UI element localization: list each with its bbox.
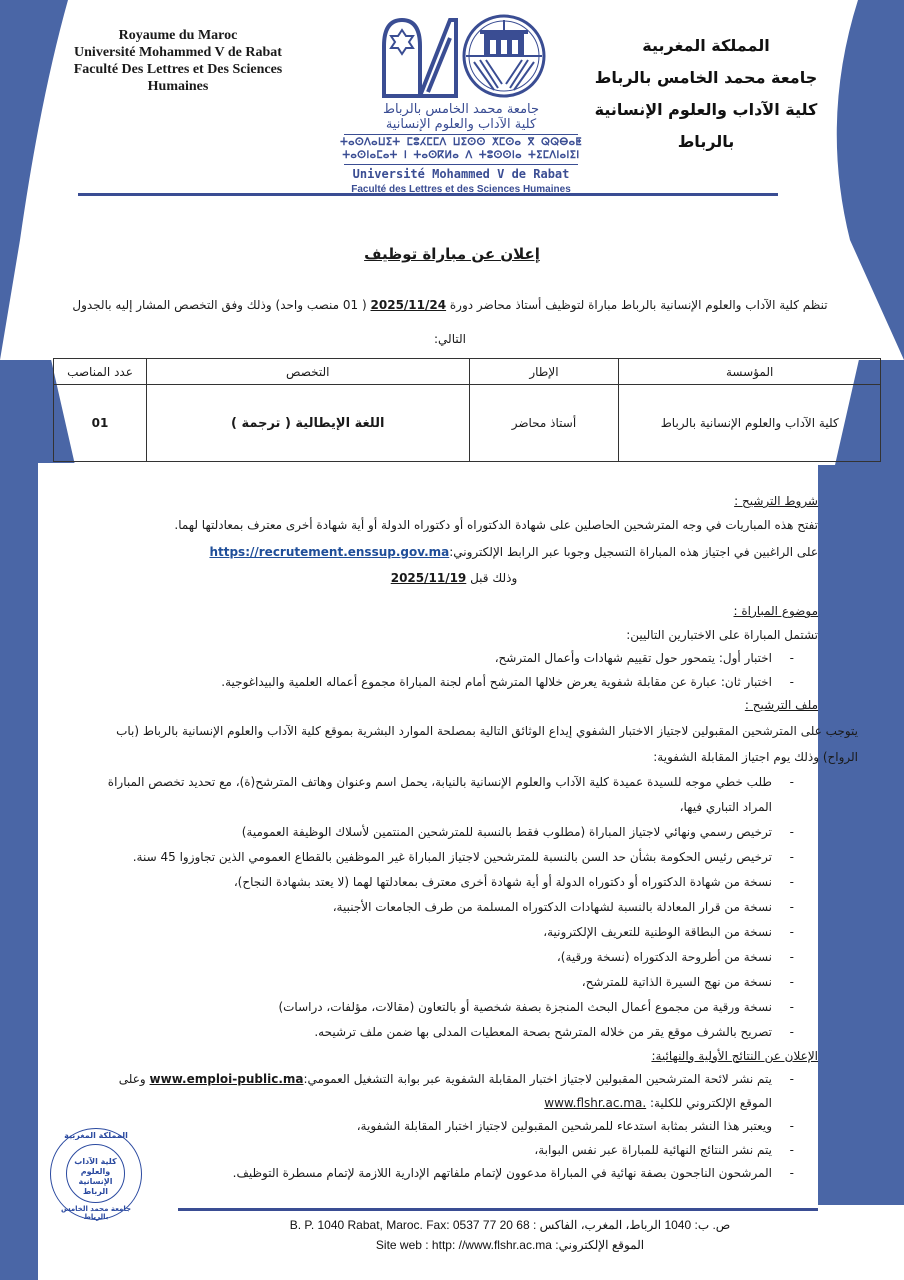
header-french: Royaume du Maroc Université Mohammed V d… [58,27,298,95]
cell-specialty: اللغة الإيطالية ( ترجمة ) [146,385,469,462]
list-item: نسخة ورقية من مجموع أعمال البحث المنجزة … [90,995,790,1020]
col-header-institution: المؤسسة [619,359,881,385]
list-item: ويعتبر هذا النشر بمثابة استدعاء للمرشحين… [90,1115,790,1139]
cell-positions: 01 [54,385,147,462]
section-heading-subject: موضوع المباراة : [90,600,818,624]
cell-grade: أستاذ محاضر [469,385,619,462]
list-item: تصريح بالشرف موقع يقر من خلاله المترشح ب… [90,1020,790,1045]
header-fr-line: Faculté Des Lettres et Des Sciences [58,61,298,78]
logo-ar-line: جامعة محمد الخامس بالرباط [336,102,586,117]
announcement-body: شروط الترشيح : تفتح هذه المباريات في وجه… [90,490,818,1186]
deadline-line: وذلك قبل 2025/11/19 [90,567,818,591]
faculty-site-link[interactable]: www.flshr.ac.ma. [544,1096,646,1110]
list-item: يتم نشر لائحة المترشحين المقبولين لاجتيا… [90,1068,790,1115]
list-item: اختبار ثان: عبارة عن مقابلة شفوية يعرض خ… [90,671,790,695]
section-heading-file: ملف الترشيح : [90,694,818,718]
section-heading-conditions: شروط الترشيح : [90,490,818,514]
file-intro: يتوجب على المترشحين المقبولين لاجتياز ال… [90,718,858,770]
intro-text: تنظم كلية الآداب والعلوم الإنسانية بالرب… [446,298,828,312]
header-ar-line: المملكة المغربية [576,30,836,62]
logo-arabic-text: جامعة محمد الخامس بالرباط كلية الآداب وا… [336,102,586,132]
table-row: كلية الآداب والعلوم الإنسانية بالرباط أس… [54,385,881,462]
list-item: ترخيص رئيس الحكومة بشأن حد السن بالنسبة … [90,845,790,870]
list-item: المرشحون الناجحون بصفة نهائية في المبارا… [90,1162,790,1186]
list-item: نسخة من شهادة الدكتوراه أو دكتوراه الدول… [90,870,790,895]
footer: B. P. 1040 Rabat, Maroc. Fax: 0537 77 20… [200,1215,820,1255]
logo-tif-line: ⵜⴰⵙⴷⴰⵡⵉⵜ ⵎⵓⵃⵎⵎⴷ ⵡⵉⵙⵙ ⵅⵎⵙⴰ ⴳ ⵕⵕⴱⴰⵟ [336,136,586,149]
list-item: نسخة من أطروحة الدكتوراه (نسخة ورقية)، [90,945,790,970]
col-header-specialty: التخصص [146,359,469,385]
list-item: نسخة من نهج السيرة الذاتية للمترشح، [90,970,790,995]
footer-divider [178,1208,818,1211]
official-stamp: المملكة المغربية كلية الآداب والعلوم الإ… [50,1128,142,1220]
col-header-positions: عدد المناصب [54,359,147,385]
subject-intro: تشتمل المباراة على الاختبارين التاليين: [90,624,818,648]
logo-university-name: Université Mohammed V de Rabat [336,167,586,181]
conditions-text: تفتح هذه المباريات في وجه المترشحين الحا… [90,514,818,538]
registration-link[interactable]: https://recrutement.enssup.gov.ma [209,545,449,559]
file-documents-list: طلب خطي موجه للسيدة عميدة كلية الآداب وا… [90,770,818,1045]
stamp-center-text: كلية الآداب والعلوم الإنسانية الرباط [66,1144,125,1203]
logo-divider [344,164,578,165]
registration-line: على الراغبين في اجتياز هذه المباراة التس… [90,541,818,565]
intro-paragraph: تنظم كلية الآداب والعلوم الإنسانية بالرب… [70,288,830,356]
results-list: يتم نشر لائحة المترشحين المقبولين لاجتيا… [90,1068,818,1186]
list-item: نسخة من قرار المعادلة بالنسبة لشهادات ال… [90,895,790,920]
deadline-date: 2025/11/19 [391,571,467,585]
footer-address: B. P. 1040 Rabat, Maroc. Fax: 0537 77 20… [200,1215,820,1235]
deadline-text: وذلك قبل [466,571,517,585]
logo-emblem-icon [376,12,546,100]
list-item: نسخة من البطاقة الوطنية للتعريف الإلكترو… [90,920,790,945]
subject-list: اختبار أول: يتمحور حول تقييم شهادات وأعم… [90,647,818,694]
list-item: ترخيص رسمي ونهائي لاجتياز المباراة (مطلو… [90,820,790,845]
list-item: يتم نشر النتائج النهائية للمباراة عبر نف… [90,1139,790,1163]
logo-ar-line: كلية الآداب والعلوم الإنسانية [336,117,586,132]
stamp-top-text: المملكة المغربية [51,1131,141,1140]
list-item: اختبار أول: يتمحور حول تقييم شهادات وأعم… [90,647,790,671]
logo-tifinagh-text: ⵜⴰⵙⴷⴰⵡⵉⵜ ⵎⵓⵃⵎⵎⴷ ⵡⵉⵙⵙ ⵅⵎⵙⴰ ⴳ ⵕⵕⴱⴰⵟ ⵜⴰⵙⵏⴰⵎ… [336,136,586,162]
contest-date: 2025/11/24 [371,298,447,312]
header-arabic: المملكة المغربية جامعة محمد الخامس بالرب… [576,30,836,158]
list-item: طلب خطي موجه للسيدة عميدة كلية الآداب وا… [90,770,790,820]
footer-website: Site web : http: //www.flshr.ac.ma :المو… [200,1235,820,1255]
registration-text: على الراغبين في اجتياز هذه المباراة التس… [449,545,818,559]
header-ar-line: كلية الآداب والعلوم الإنسانية بالرباط [576,94,836,158]
header-fr-line: Université Mohammed V de Rabat [58,44,298,61]
results-text: يتم نشر لائحة المترشحين المقبولين لاجتيا… [304,1072,773,1086]
logo-divider [344,134,578,135]
header-ar-line: جامعة محمد الخامس بالرباط [576,62,836,94]
section-heading-results: الإعلان عن النتائج الأولية والنهائية: [90,1045,818,1069]
positions-table: المؤسسة الإطار التخصص عدد المناصب كلية ا… [53,358,881,462]
stamp-bottom-text: جامعة محمد الخامس بالرباط [51,1205,141,1221]
emploi-public-link[interactable]: www.emploi-public.ma [150,1072,304,1086]
cell-institution: كلية الآداب والعلوم الإنسانية بالرباط [619,385,881,462]
col-header-grade: الإطار [469,359,619,385]
table-header-row: المؤسسة الإطار التخصص عدد المناصب [54,359,881,385]
university-logo: جامعة محمد الخامس بالرباط كلية الآداب وا… [336,12,586,192]
header-fr-line: Humaines [58,78,298,95]
header-divider [78,193,778,196]
header-fr-line: Royaume du Maroc [58,27,298,44]
paper-corner [818,1205,904,1280]
logo-tif-line: ⵜⴰⵙⵏⴰⵎⴰⵜ ⵏ ⵜⴰⵙⴽⵍⴰ ⴷ ⵜⵓⵙⵙⵏⴰ ⵜⵉⵎⴷⵏⴰⵏⵉⵏ [336,149,586,162]
page-title: إعلان عن مباراة توظيف [0,245,904,263]
